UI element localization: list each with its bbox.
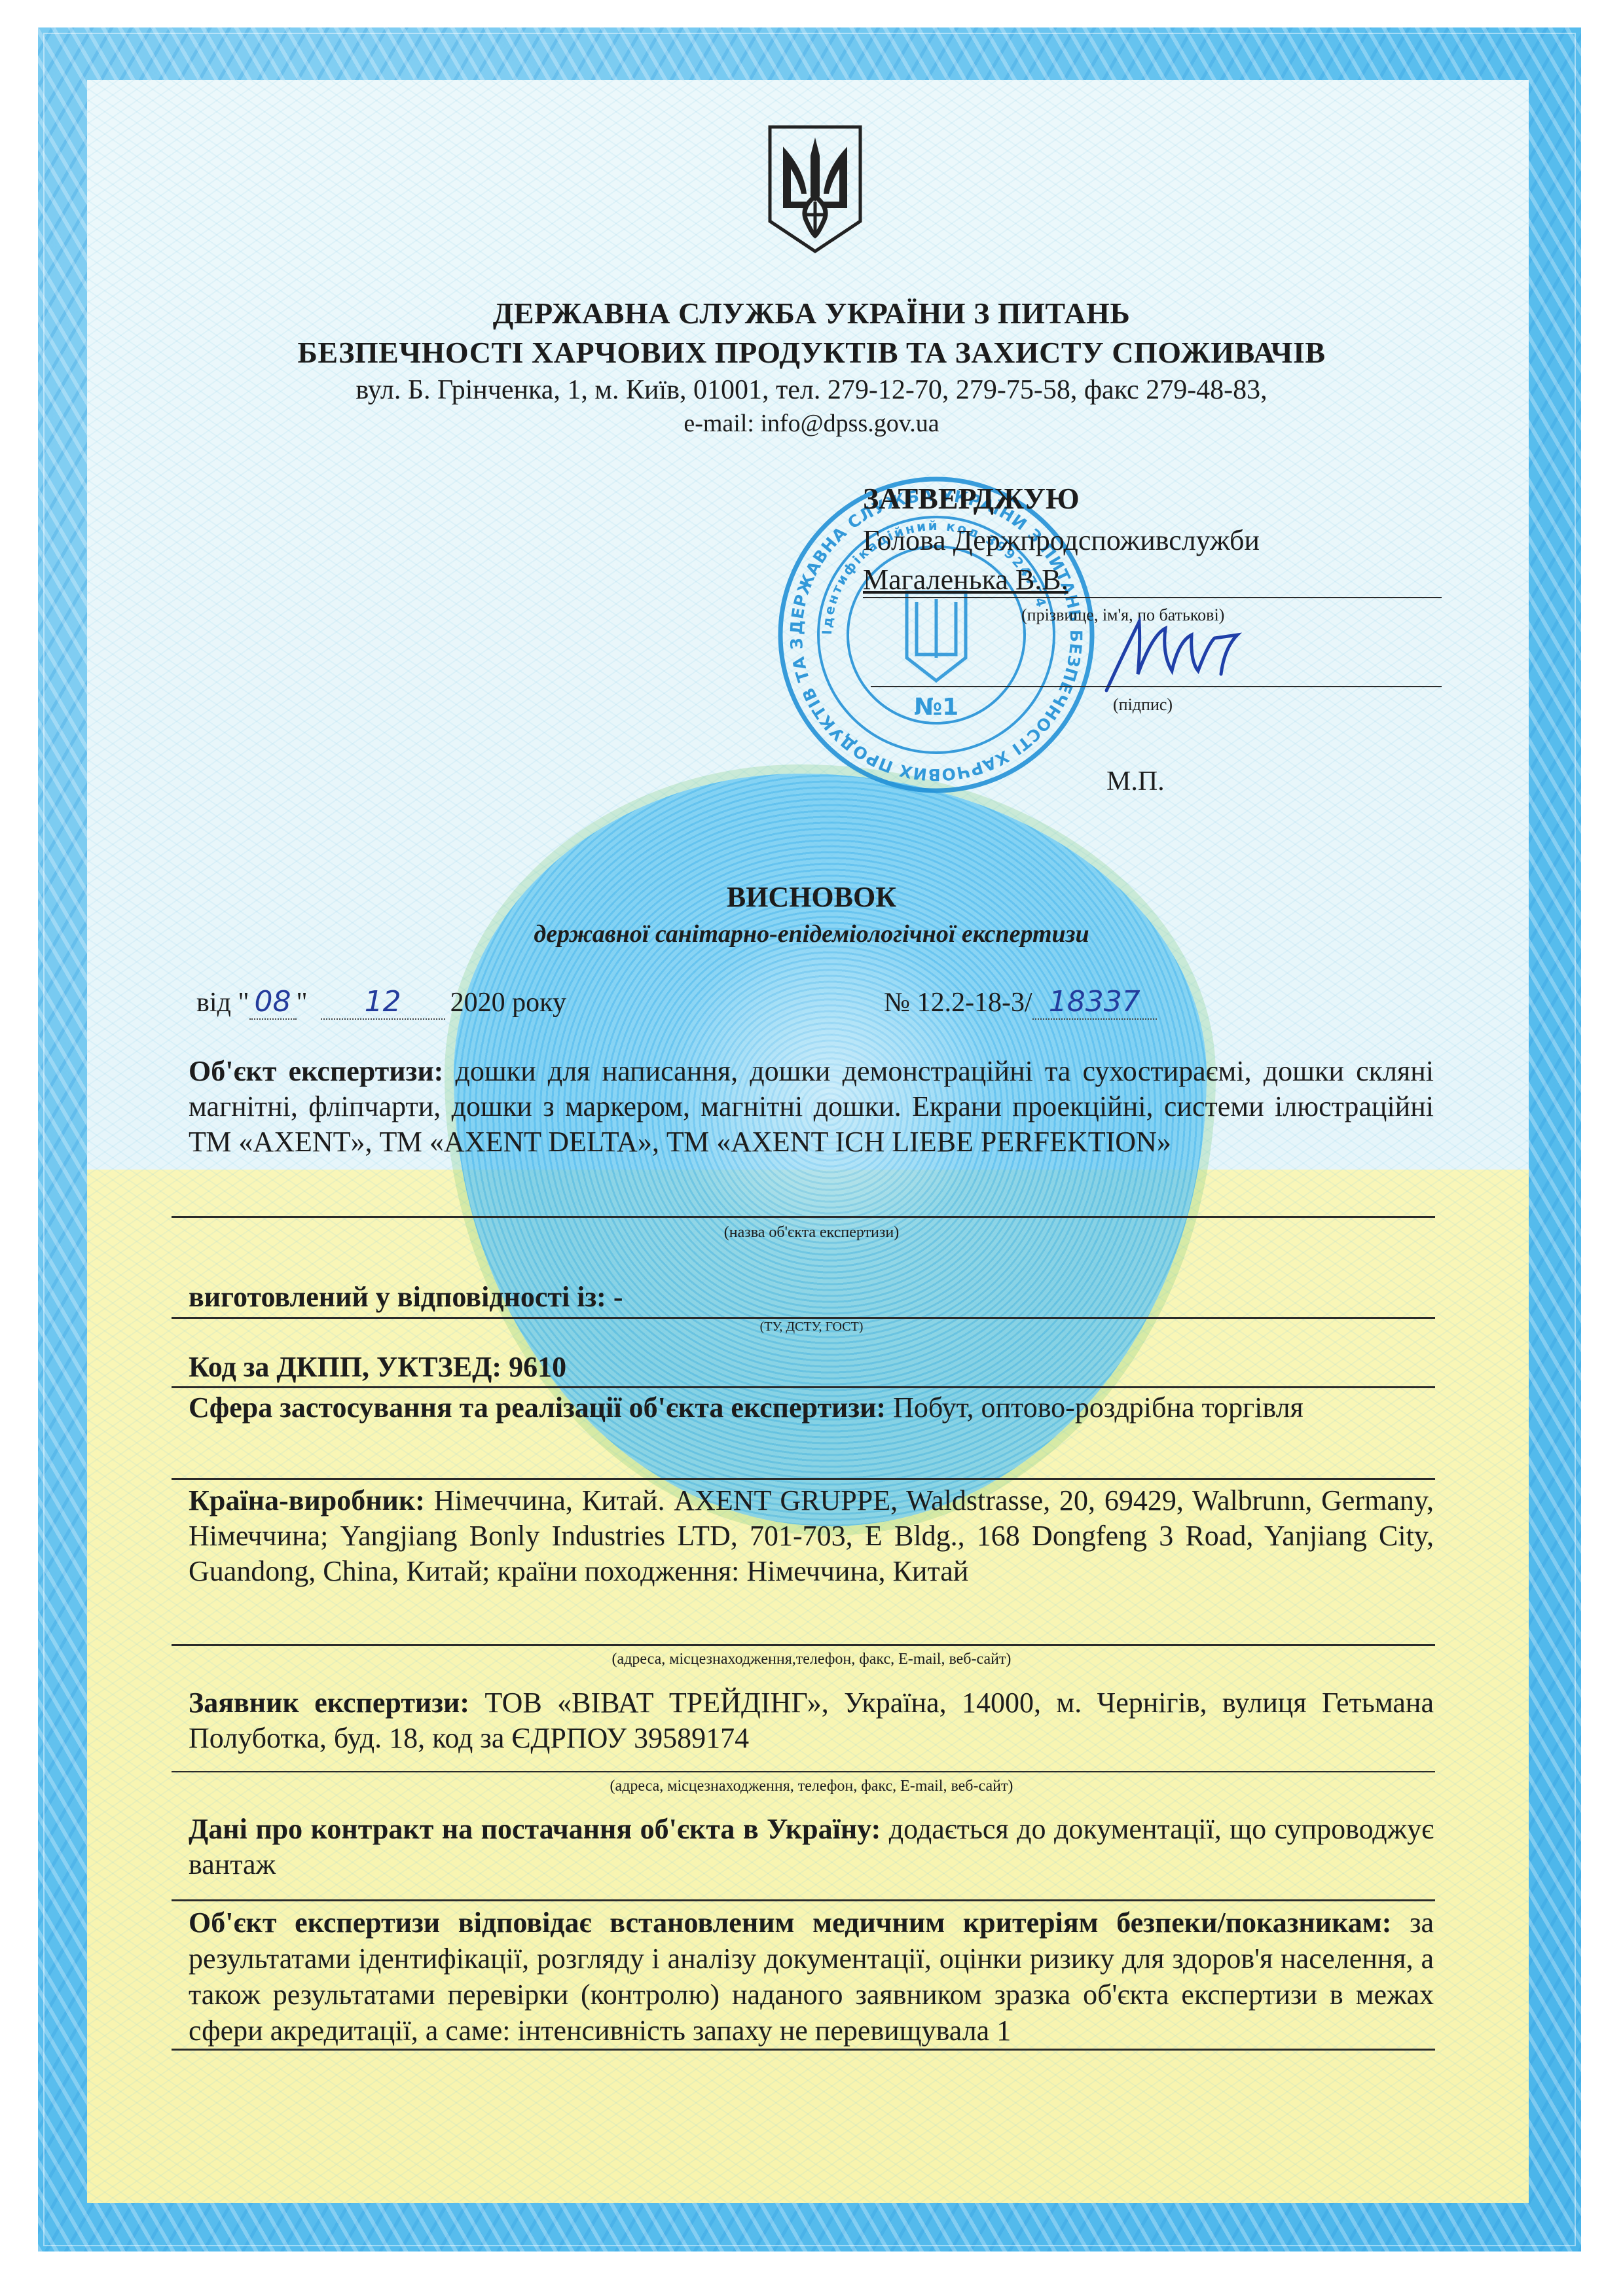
number-handwritten: 18337 <box>1032 985 1157 1020</box>
stamp-trident-icon <box>907 592 966 681</box>
rule-code <box>172 1386 1435 1388</box>
official-stamp: ДЕРЖАВНА СЛУЖБА УКРАЇНИ З ПИТАНЬ БЕЗПЕЧН… <box>773 471 1100 798</box>
rule-standard <box>172 1317 1435 1319</box>
applicant-label: Заявник експертизи: <box>189 1687 469 1719</box>
code-label: Код за ДКПП, УКТЗЕД: <box>189 1351 501 1383</box>
standard-hint: (ТУ, ДСТУ, ГОСТ) <box>0 1319 1623 1335</box>
applicant-hint: (адреса, місцезнаходження, телефон, факс… <box>0 1778 1623 1795</box>
signature-hint: (підпис) <box>1113 695 1173 715</box>
scope-section: Сфера застосування та реалізації об'єкта… <box>189 1390 1434 1426</box>
date-quote: " <box>297 987 308 1018</box>
rule-object <box>172 1216 1435 1218</box>
document-title: ВИСНОВОК <box>0 880 1623 914</box>
code-value: 9610 <box>501 1351 566 1383</box>
signature-line <box>871 686 1442 687</box>
rule-compliance <box>172 2049 1435 2051</box>
ukraine-coat-of-arms-icon <box>766 123 864 254</box>
code-section: Код за ДКПП, УКТЗЕД: 9610 <box>189 1350 1434 1385</box>
rule-scope <box>172 1478 1435 1480</box>
certificate-content: ДЕРЖАВНА СЛУЖБА УКРАЇНИ З ПИТАНЬ БЕЗПЕЧН… <box>0 0 1623 2296</box>
date-prefix: від " <box>196 987 249 1018</box>
manufacturer-section: Країна-виробник: Німеччина, Китай. AXENT… <box>189 1483 1434 1589</box>
date-day: 08 <box>249 985 297 1020</box>
compliance-label: Об'єкт експертизи відповідає встановлени… <box>189 1907 1391 1939</box>
document-number: № 12.2-18-3/ 18337 <box>884 985 1157 1020</box>
approver-name: Магаленька В.В. <box>863 563 1068 596</box>
number-prefix: № 12.2-18-3/ <box>884 987 1032 1018</box>
manufacturer-hint: (адреса, місцезнаходження,телефон, факс,… <box>0 1651 1623 1668</box>
compliance-section: Об'єкт експертизи відповідає встановлени… <box>189 1905 1434 2049</box>
manufacturer-label: Країна-виробник: <box>189 1484 425 1516</box>
standard-label: виготовлений у відповідності із: <box>189 1281 606 1313</box>
signature-icon <box>1100 609 1250 694</box>
applicant-section: Заявник експертизи: ТОВ «ВІВАТ ТРЕЙДІНГ»… <box>189 1685 1434 1756</box>
document-subtitle: державної санітарно-епідеміологічної екс… <box>0 920 1623 948</box>
stamp-number: №1 <box>914 694 958 721</box>
rule-manufacturer <box>172 1644 1435 1646</box>
name-line <box>863 597 1442 598</box>
scope-label: Сфера застосування та реалізації об'єкта… <box>189 1391 886 1424</box>
rule-contract <box>172 1899 1435 1901</box>
standard-value: - <box>606 1281 623 1313</box>
date-month: 12 <box>321 985 445 1020</box>
object-section: Об'єкт експертизи: дошки для написання, … <box>189 1054 1434 1160</box>
document-date: від " 08 " 12 2020 року <box>196 985 566 1020</box>
rule-applicant <box>172 1771 1435 1772</box>
org-name-line1: ДЕРЖАВНА СЛУЖБА УКРАЇНИ З ПИТАНЬ <box>0 296 1623 331</box>
standard-section: виготовлений у відповідності із: - <box>189 1280 1434 1315</box>
object-hint: (назва об'єкта експертизи) <box>0 1224 1623 1242</box>
org-name-line2: БЕЗПЕЧНОСТІ ХАРЧОВИХ ПРОДУКТІВ ТА ЗАХИСТ… <box>0 335 1623 370</box>
date-year: 2020 року <box>450 987 566 1018</box>
approval-title: ЗАТВЕРДЖУЮ <box>863 481 1080 516</box>
seal-mark: М.П. <box>1106 766 1165 797</box>
object-label: Об'єкт експертизи: <box>189 1055 443 1087</box>
org-address: вул. Б. Грінченка, 1, м. Київ, 01001, те… <box>0 374 1623 406</box>
contract-label: Дані про контракт на постачання об'єкта … <box>189 1813 881 1845</box>
org-email[interactable]: e-mail: info@dpss.gov.ua <box>0 409 1623 438</box>
scope-value: Побут, оптово-роздрібна торгівля <box>886 1391 1304 1424</box>
approver-position: Голова Держпродспоживслужби <box>863 524 1260 557</box>
contract-section: Дані про контракт на постачання об'єкта … <box>189 1812 1434 1882</box>
